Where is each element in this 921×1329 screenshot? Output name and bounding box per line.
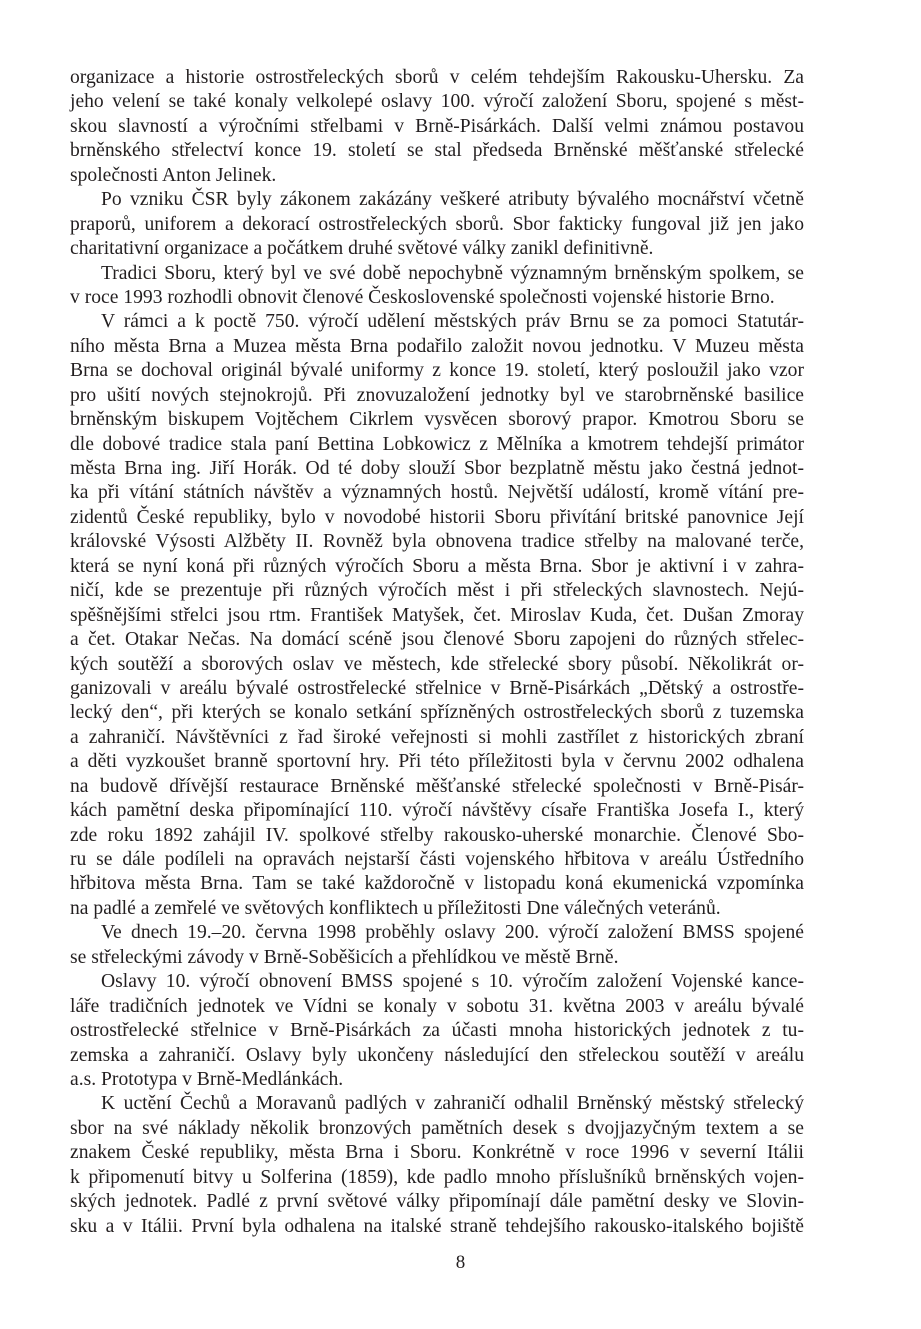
text-line: charitativní organizace a počátkem druhé…	[70, 237, 804, 261]
document-body: organizace a historie ostrostřeleckých s…	[70, 66, 804, 1239]
paragraph: Ve dnech 19.–20. června 1998 proběhly os…	[70, 921, 804, 970]
text-line: spěšnějšími střelci jsou rtm. František …	[70, 604, 804, 628]
text-line: brněnským biskupem Vojtěchem Cikrlem vys…	[70, 408, 804, 432]
text-line: ostrostřelecké střelnice v Brně-Pisárkác…	[70, 1019, 804, 1043]
text-line: brněnského střelectví konce 19. století …	[70, 139, 804, 163]
paragraph: Po vzniku ČSR byly zákonem zakázány vešk…	[70, 188, 804, 261]
text-line: a.s. Prototypa v Brně-Medlánkách.	[70, 1068, 804, 1092]
text-line: jeho velení se také konaly velkolepé osl…	[70, 90, 804, 114]
text-line: zidentů České republiky, bylo v novodobé…	[70, 506, 804, 530]
text-line: na budově dřívější restaurace Brněnské m…	[70, 775, 804, 799]
text-line: K uctění Čechů a Moravanů padlých v zahr…	[70, 1092, 804, 1116]
text-line: ka při vítání státních návštěv a významn…	[70, 481, 804, 505]
text-line: Po vzniku ČSR byly zákonem zakázány vešk…	[70, 188, 804, 212]
text-line: organizace a historie ostrostřeleckých s…	[70, 66, 804, 90]
text-line: královské Výsosti Alžběty II. Rovněž byl…	[70, 530, 804, 554]
text-line: ganizovali v areálu bývalé ostrostřeleck…	[70, 677, 804, 701]
text-line: láře tradičních jednotek ve Vídni se kon…	[70, 995, 804, 1019]
text-line: zemska a zahraničí. Oslavy byly ukončeny…	[70, 1044, 804, 1068]
text-line: hřbitova města Brna. Tam se také každoro…	[70, 872, 804, 896]
paragraph: Tradici Sboru, který byl ve své době nep…	[70, 262, 804, 311]
page-number: 8	[0, 1252, 921, 1274]
paragraph: K uctění Čechů a Moravanů padlých v zahr…	[70, 1092, 804, 1239]
text-line: k připomenutí bitvy u Solferina (1859), …	[70, 1166, 804, 1190]
text-line: Oslavy 10. výročí obnovení BMSS spojené …	[70, 970, 804, 994]
text-line: se střeleckými závody v Brně-Soběšicích …	[70, 946, 804, 970]
paragraph: Oslavy 10. výročí obnovení BMSS spojené …	[70, 970, 804, 1092]
text-line: a čet. Otakar Nečas. Na domácí scéně jso…	[70, 628, 804, 652]
text-line: ských jednotek. Padlé z první světové vá…	[70, 1190, 804, 1214]
text-line: pro ušití nových stejnokrojů. Při znovuz…	[70, 384, 804, 408]
text-line: Brna se dochoval originál bývalé uniform…	[70, 359, 804, 383]
text-line: Tradici Sboru, který byl ve své době nep…	[70, 262, 804, 286]
text-line: kých soutěží a sborových oslav ve městec…	[70, 653, 804, 677]
text-line: kách pamětní deska připomínající 110. vý…	[70, 799, 804, 823]
text-line: společnosti Anton Jelinek.	[70, 164, 804, 188]
text-line: sku a v Itálii. První byla odhalena na i…	[70, 1215, 804, 1239]
text-line: města Brna ing. Jiří Horák. Od té doby s…	[70, 457, 804, 481]
text-line: lecký den“, při kterých se konalo setkán…	[70, 701, 804, 725]
text-line: a zahraničí. Návštěvníci z řad široké ve…	[70, 726, 804, 750]
text-line: sbor na své náklady několik bronzových p…	[70, 1117, 804, 1141]
text-line: dle dobové tradice stala paní Bettina Lo…	[70, 433, 804, 457]
text-line: ničí, kde se prezentuje při různých výro…	[70, 579, 804, 603]
text-line: v roce 1993 rozhodli obnovit členové Čes…	[70, 286, 804, 310]
text-line: zde roku 1892 zahájil IV. spolkové střel…	[70, 824, 804, 848]
text-line: ního města Brna a Muzea města Brna podař…	[70, 335, 804, 359]
text-line: která se nyní koná při různých výročích …	[70, 555, 804, 579]
text-line: skou slavností a výročními střelbami v B…	[70, 115, 804, 139]
text-line: V rámci a k poctě 750. výročí udělení mě…	[70, 310, 804, 334]
text-line: Ve dnech 19.–20. června 1998 proběhly os…	[70, 921, 804, 945]
text-line: ru se dále podíleli na opravách nejstarš…	[70, 848, 804, 872]
paragraph: organizace a historie ostrostřeleckých s…	[70, 66, 804, 188]
text-line: a děti vyzkoušet branně sportovní hry. P…	[70, 750, 804, 774]
text-line: na padlé a zemřelé ve světových konflikt…	[70, 897, 804, 921]
paragraph: V rámci a k poctě 750. výročí udělení mě…	[70, 310, 804, 921]
text-line: znakem České republiky, města Brna i Sbo…	[70, 1141, 804, 1165]
text-line: praporů, uniforem a dekorací ostrostřele…	[70, 213, 804, 237]
